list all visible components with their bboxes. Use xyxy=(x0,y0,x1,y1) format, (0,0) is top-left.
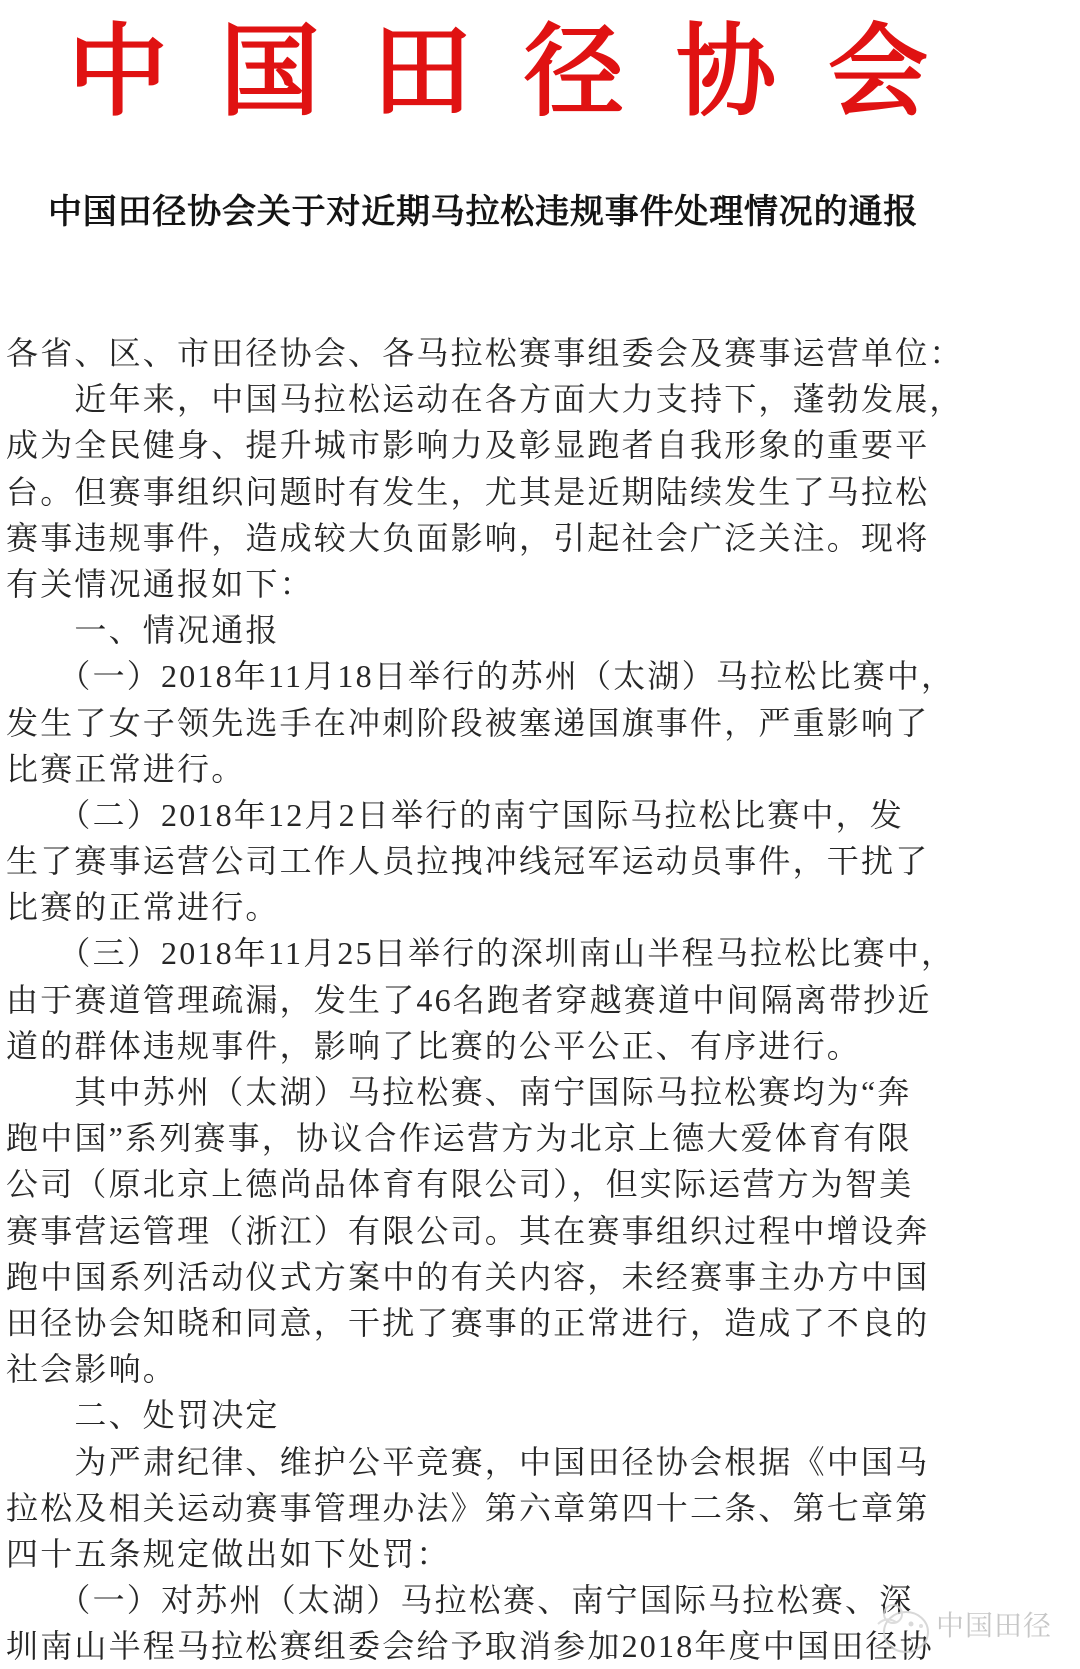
body-line: 一、情况通报 xyxy=(6,607,1074,653)
body-line: 跑中国系列活动仪式方案中的有关内容，未经赛事主办方中国 xyxy=(6,1254,1074,1300)
body-line: 公司（原北京上德尚品体育有限公司），但实际运营方为智美 xyxy=(6,1161,1074,1207)
body-line: （一）对苏州（太湖）马拉松赛、南宁国际马拉松赛、深 xyxy=(6,1577,1074,1623)
body-line: 圳南山半程马拉松赛组委会给予取消参加2018年度中国田径协 xyxy=(6,1623,1074,1669)
body-line: 其中苏州（太湖）马拉松赛、南宁国际马拉松赛均为“奔 xyxy=(6,1069,1074,1115)
body-line: 比赛正常进行。 xyxy=(6,746,1074,792)
body-line: 发生了女子领先选手在冲刺阶段被塞递国旗事件，严重影响了 xyxy=(6,700,1074,746)
body-line: 有关情况通报如下： xyxy=(6,561,1074,607)
notice-title: 中国田径协会关于对近期马拉松违规事件处理情况的通报 xyxy=(48,192,918,234)
body-line: 跑中国”系列赛事，协议合作运营方为北京上德大爱体育有限 xyxy=(6,1115,1074,1161)
body-line: 比赛的正常进行。 xyxy=(6,884,1074,930)
body-line: 生了赛事运营公司工作人员拉拽冲线冠军运动员事件，干扰了 xyxy=(6,838,1074,884)
body-line: 道的群体违规事件，影响了比赛的公平公正、有序进行。 xyxy=(6,1023,1074,1069)
body-line: 赛事违规事件，造成较大负面影响，引起社会广泛关注。现将 xyxy=(6,515,1074,561)
body-line: 台。但赛事组织问题时有发生，尤其是近期陆续发生了马拉松 xyxy=(6,469,1074,515)
body-line: 二、处罚决定 xyxy=(6,1392,1074,1438)
body-line: 由于赛道管理疏漏，发生了46名跑者穿越赛道中间隔离带抄近 xyxy=(6,977,1074,1023)
notice-body: 各省、区、市田径协会、各马拉松赛事组委会及赛事运营单位： 近年来，中国马拉松运动… xyxy=(6,330,1074,1669)
body-line: 田径协会知晓和同意，干扰了赛事的正常进行，造成了不良的 xyxy=(6,1300,1074,1346)
notice-document-page: 中国田径协会 中国田径协会关于对近期马拉松违规事件处理情况的通报 各省、区、市田… xyxy=(0,0,1080,1669)
body-line: （三）2018年11月25日举行的深圳南山半程马拉松比赛中， xyxy=(6,930,1074,976)
org-masthead: 中国田径协会 xyxy=(68,16,980,130)
body-line: 成为全民健身、提升城市影响力及彰显跑者自我形象的重要平 xyxy=(6,422,1074,468)
body-line: 近年来，中国马拉松运动在各方面大力支持下，蓬勃发展， xyxy=(6,376,1074,422)
body-line: 社会影响。 xyxy=(6,1346,1074,1392)
body-line: 为严肃纪律、维护公平竞赛，中国田径协会根据《中国马 xyxy=(6,1439,1074,1485)
body-line: 拉松及相关运动赛事管理办法》第六章第四十二条、第七章第 xyxy=(6,1485,1074,1531)
body-line: （一）2018年11月18日举行的苏州（太湖）马拉松比赛中， xyxy=(6,653,1074,699)
body-line: 赛事营运管理（浙江）有限公司。其在赛事组织过程中增设奔 xyxy=(6,1208,1074,1254)
body-line: 各省、区、市田径协会、各马拉松赛事组委会及赛事运营单位： xyxy=(6,330,1074,376)
body-line: （二）2018年12月2日举行的南宁国际马拉松比赛中，发 xyxy=(6,792,1074,838)
body-line: 四十五条规定做出如下处罚： xyxy=(6,1531,1074,1577)
